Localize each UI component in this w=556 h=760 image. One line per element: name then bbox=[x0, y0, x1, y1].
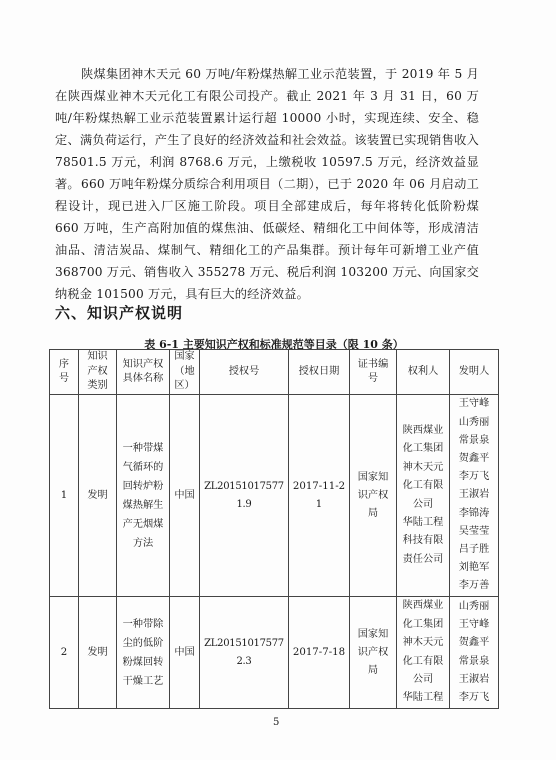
name-line: 尘的低阶 bbox=[119, 634, 167, 653]
cell-cert-office: 国家知 识产权 局 bbox=[350, 395, 397, 597]
inventor-name: 李锦涛 bbox=[452, 505, 496, 523]
name-line: 干燥工艺 bbox=[119, 672, 167, 691]
name-line: 一种带除 bbox=[119, 615, 167, 634]
header-cert-no: 证书编 号 bbox=[350, 350, 397, 395]
document-page: 陕煤集团神木天元 60 万吨/年粉煤热解工业示范装置，于 2019 年 5 月在… bbox=[0, 0, 556, 760]
cell-holder: 陕西煤业 化工集团 神木天元 化工有限 公司 华陆工程 科技有限 责任公司 bbox=[397, 395, 450, 597]
header-cert-line: 号 bbox=[352, 372, 394, 387]
holder-line: 华陆工程 bbox=[399, 689, 447, 707]
cell-category: 发明 bbox=[79, 395, 117, 597]
header-holder: 权利人 bbox=[397, 350, 450, 395]
name-line: 产无烟煤 bbox=[119, 515, 167, 534]
header-patent-no: 授权号 bbox=[200, 350, 289, 395]
inventor-name: 王守峰 bbox=[452, 616, 496, 634]
inventor-name: 山秀丽 bbox=[452, 598, 496, 616]
holder-line: 神木天元 bbox=[399, 459, 447, 477]
holder-line: 化工集团 bbox=[399, 440, 447, 458]
holder-line: 化工集团 bbox=[399, 616, 447, 634]
name-line: 粉煤回转 bbox=[119, 653, 167, 672]
page-number: 5 bbox=[273, 717, 279, 728]
header-name-line: 具体名称 bbox=[119, 372, 167, 387]
inventor-name: 山秀丽 bbox=[452, 414, 496, 432]
inventor-name: 王淑岩 bbox=[452, 486, 496, 504]
name-line: 方法 bbox=[119, 534, 167, 553]
cell-country: 中国 bbox=[170, 597, 200, 709]
cell-seq: 1 bbox=[50, 395, 79, 597]
inventor-name: 贺鑫平 bbox=[452, 634, 496, 652]
cell-cert-office: 国家知 识产权 局 bbox=[350, 597, 397, 709]
holder-line: 陕西煤业 bbox=[399, 597, 447, 615]
holder-line: 神木天元 bbox=[399, 634, 447, 652]
inventor-name: 吕子胜 bbox=[452, 541, 496, 559]
cell-name: 一种带煤 气循环的 回转炉粉 煤热解生 产无烟煤 方法 bbox=[117, 395, 170, 597]
header-country-line: 国家 bbox=[172, 350, 197, 365]
cell-seq: 2 bbox=[50, 597, 79, 709]
cell-grant-date: 2017-7-18 bbox=[289, 597, 350, 709]
cell-patent-no: ZL201510175771.9 bbox=[200, 395, 289, 597]
ip-table: 序 号 知识 产权 类别 知识产权 具体名称 国家 （地 区） 授权号 bbox=[49, 349, 499, 709]
cell-category: 发明 bbox=[79, 597, 117, 709]
header-seq-line: 号 bbox=[52, 372, 76, 387]
inventor-name: 王守峰 bbox=[452, 395, 496, 413]
office-line: 国家知 bbox=[352, 626, 394, 644]
header-category-line: 类别 bbox=[81, 379, 114, 394]
inventor-name: 常景泉 bbox=[452, 653, 496, 671]
paragraph-phase-two-project: 660 万吨年粉煤分质综合利用项目（二期），已于 2020 年 06 月启动工程… bbox=[55, 173, 479, 305]
name-line: 气循环的 bbox=[119, 458, 167, 477]
header-country: 国家 （地 区） bbox=[170, 350, 200, 395]
inventor-name: 王淑岩 bbox=[452, 671, 496, 689]
holder-line: 科技有限 bbox=[399, 532, 447, 550]
inventor-name: 李万飞 bbox=[452, 468, 496, 486]
name-line: 回转炉粉 bbox=[119, 477, 167, 496]
cell-name: 一种带除 尘的低阶 粉煤回转 干燥工艺 bbox=[117, 597, 170, 709]
holder-line: 化工有限 bbox=[399, 477, 447, 495]
inventor-name: 刘艳军 bbox=[452, 559, 496, 577]
office-line: 识产权 bbox=[352, 487, 394, 505]
inventor-name: 贺鑫平 bbox=[452, 450, 496, 468]
cell-country: 中国 bbox=[170, 395, 200, 597]
holder-line: 公司 bbox=[399, 671, 447, 689]
cell-grant-date: 2017-11-21 bbox=[289, 395, 350, 597]
header-category: 知识 产权 类别 bbox=[79, 350, 117, 395]
header-cert-line: 证书编 bbox=[352, 358, 394, 373]
header-country-line: 区） bbox=[172, 379, 197, 394]
cell-patent-no: ZL201510175772.3 bbox=[200, 597, 289, 709]
office-line: 国家知 bbox=[352, 469, 394, 487]
section-heading: 六、知识产权说明 bbox=[55, 302, 183, 323]
cell-inventors: 王守峰 山秀丽 常景泉 贺鑫平 李万飞 王淑岩 李锦涛 吴莹莹 吕子胜 刘艳军 … bbox=[450, 395, 499, 597]
table-row: 2 发明 一种带除 尘的低阶 粉煤回转 干燥工艺 中国 ZL2015101757… bbox=[50, 597, 499, 709]
header-seq: 序 号 bbox=[50, 350, 79, 395]
header-name-line: 知识产权 bbox=[119, 358, 167, 373]
table-row: 1 发明 一种带煤 气循环的 回转炉粉 煤热解生 产无烟煤 方法 中国 ZL20… bbox=[50, 395, 499, 597]
header-name: 知识产权 具体名称 bbox=[117, 350, 170, 395]
header-inventor: 发明人 bbox=[450, 350, 499, 395]
inventor-name: 吴莹莹 bbox=[452, 523, 496, 541]
holder-line: 陕西煤业 bbox=[399, 422, 447, 440]
name-line: 煤热解生 bbox=[119, 496, 167, 515]
inventor-name: 常景泉 bbox=[452, 432, 496, 450]
name-line: 一种带煤 bbox=[119, 439, 167, 458]
header-country-line: （地 bbox=[172, 365, 197, 380]
holder-line: 华陆工程 bbox=[399, 514, 447, 532]
header-category-line: 知识 bbox=[81, 350, 114, 365]
header-grant-date: 授权日期 bbox=[289, 350, 350, 395]
holder-line: 公司 bbox=[399, 496, 447, 514]
office-line: 局 bbox=[352, 662, 394, 680]
office-line: 局 bbox=[352, 505, 394, 523]
inventor-name: 李万善 bbox=[452, 577, 496, 595]
holder-line: 化工有限 bbox=[399, 653, 447, 671]
office-line: 识产权 bbox=[352, 644, 394, 662]
holder-line: 责任公司 bbox=[399, 551, 447, 569]
header-category-line: 产权 bbox=[81, 365, 114, 380]
table-header-row: 序 号 知识 产权 类别 知识产权 具体名称 国家 （地 区） 授权号 bbox=[50, 350, 499, 395]
cell-inventors: 山秀丽 王守峰 贺鑫平 常景泉 王淑岩 李万飞 bbox=[450, 597, 499, 709]
cell-holder: 陕西煤业 化工集团 神木天元 化工有限 公司 华陆工程 bbox=[397, 597, 450, 709]
header-seq-line: 序 bbox=[52, 358, 76, 373]
inventor-name: 李万飞 bbox=[452, 689, 496, 707]
